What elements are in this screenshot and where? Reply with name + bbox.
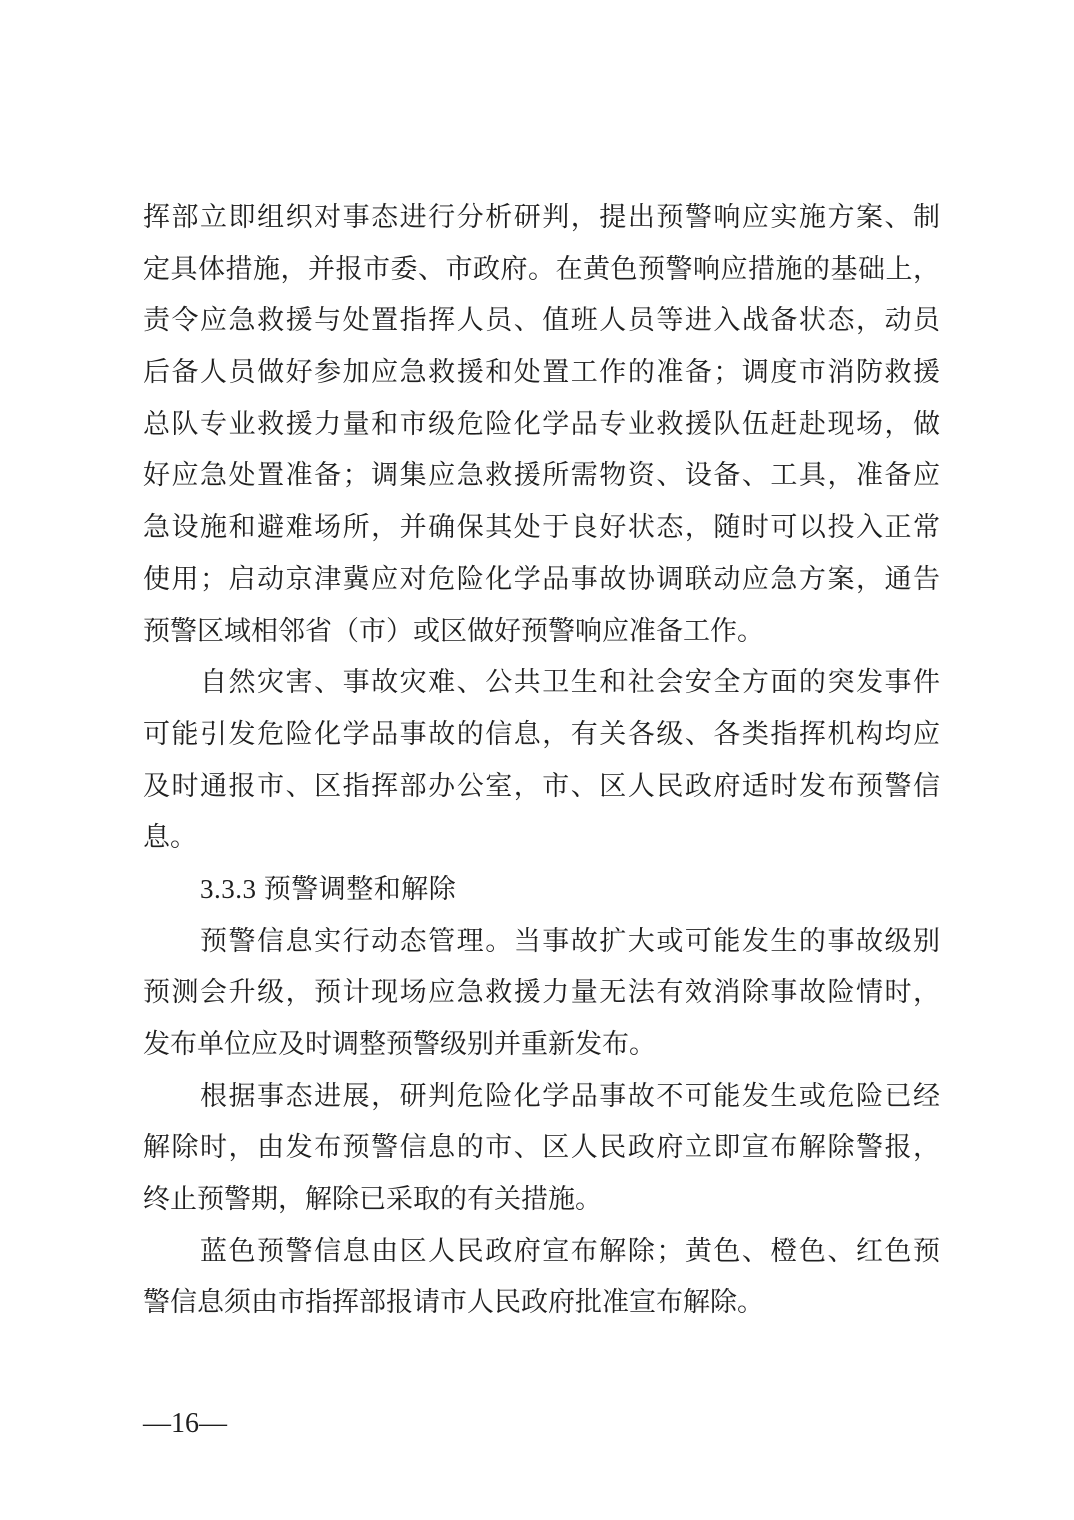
text-line: 发布单位应及时调整预警级别并重新发布。 bbox=[143, 1019, 940, 1071]
text-line: 可能引发危险化学品事故的信息，有关各级、各类指挥机构均应 bbox=[143, 709, 940, 761]
text-line: 息。 bbox=[143, 812, 940, 864]
text-line: 3.3.3 预警调整和解除 bbox=[143, 864, 940, 916]
text-line: 急设施和避难场所，并确保其处于良好状态，随时可以投入正常 bbox=[143, 502, 940, 554]
text-line: 终止预警期，解除已采取的有关措施。 bbox=[143, 1174, 940, 1226]
text-line: 后备人员做好参加应急救援和处置工作的准备；调度市消防救援 bbox=[143, 347, 940, 399]
text-line: 挥部立即组织对事态进行分析研判，提出预警响应实施方案、制 bbox=[143, 192, 940, 244]
paragraph: 挥部立即组织对事态进行分析研判，提出预警响应实施方案、制定具体措施，并报市委、市… bbox=[143, 192, 940, 657]
text-line: 蓝色预警信息由区人民政府宣布解除；黄色、橙色、红色预 bbox=[143, 1226, 940, 1278]
text-line: 好应急处置准备；调集应急救援所需物资、设备、工具，准备应 bbox=[143, 450, 940, 502]
page-number: —16— bbox=[143, 1407, 227, 1441]
text-line: 预警信息实行动态管理。当事故扩大或可能发生的事故级别 bbox=[143, 916, 940, 968]
section-heading: 3.3.3 预警调整和解除 bbox=[143, 864, 940, 916]
text-line: 预测会升级，预计现场应急救援力量无法有效消除事故险情时， bbox=[143, 967, 940, 1019]
document-page: 挥部立即组织对事态进行分析研判，提出预警响应实施方案、制定具体措施，并报市委、市… bbox=[0, 0, 1074, 1520]
text-line: 总队专业救援力量和市级危险化学品专业救援队伍赶赴现场，做 bbox=[143, 399, 940, 451]
text-line: 根据事态进展，研判危险化学品事故不可能发生或危险已经 bbox=[143, 1071, 940, 1123]
text-line: 责令应急救援与处置指挥人员、值班人员等进入战备状态，动员 bbox=[143, 295, 940, 347]
text-line: 预警区域相邻省（市）或区做好预警响应准备工作。 bbox=[143, 606, 940, 658]
text-line: 使用；启动京津冀应对危险化学品事故协调联动应急方案，通告 bbox=[143, 554, 940, 606]
text-line: 定具体措施，并报市委、市政府。在黄色预警响应措施的基础上， bbox=[143, 244, 940, 296]
text-line: 解除时，由发布预警信息的市、区人民政府立即宣布解除警报， bbox=[143, 1122, 940, 1174]
text-content: 挥部立即组织对事态进行分析研判，提出预警响应实施方案、制定具体措施，并报市委、市… bbox=[143, 192, 940, 1329]
text-line: 警信息须由市指挥部报请市人民政府批准宣布解除。 bbox=[143, 1277, 940, 1329]
text-line: 及时通报市、区指挥部办公室，市、区人民政府适时发布预警信 bbox=[143, 761, 940, 813]
paragraph: 预警信息实行动态管理。当事故扩大或可能发生的事故级别预测会升级，预计现场应急救援… bbox=[143, 916, 940, 1071]
text-line: 自然灾害、事故灾难、公共卫生和社会安全方面的突发事件 bbox=[143, 657, 940, 709]
paragraph: 蓝色预警信息由区人民政府宣布解除；黄色、橙色、红色预警信息须由市指挥部报请市人民… bbox=[143, 1226, 940, 1329]
paragraph: 根据事态进展，研判危险化学品事故不可能发生或危险已经解除时，由发布预警信息的市、… bbox=[143, 1071, 940, 1226]
paragraph: 自然灾害、事故灾难、公共卫生和社会安全方面的突发事件可能引发危险化学品事故的信息… bbox=[143, 657, 940, 864]
